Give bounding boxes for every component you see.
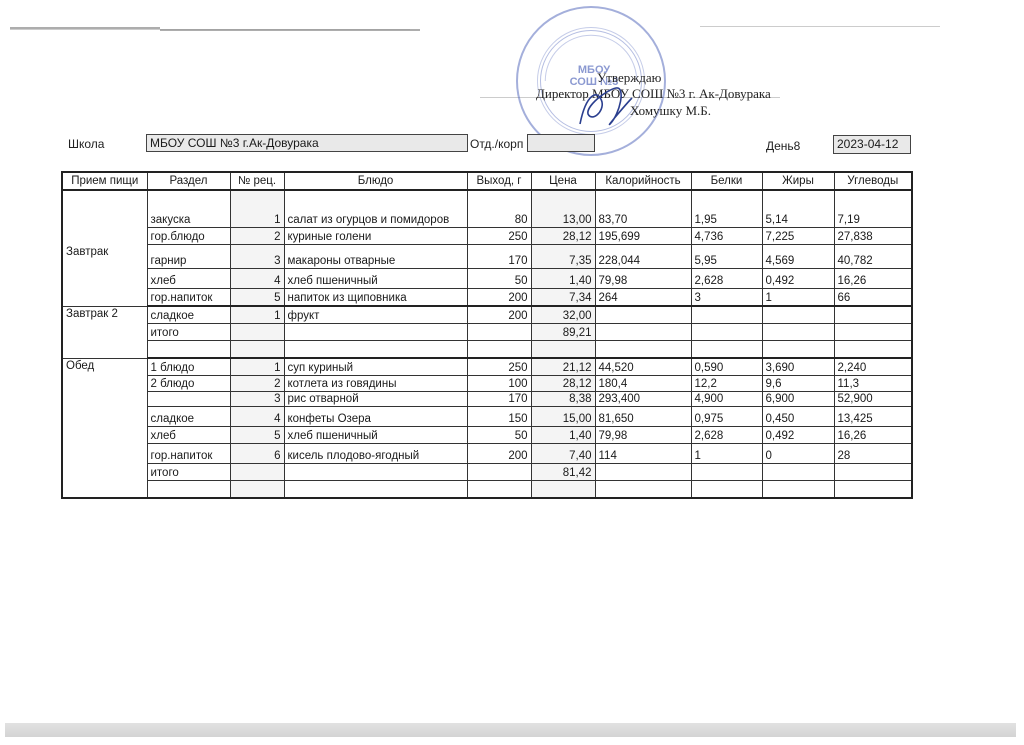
yield-cell xyxy=(467,480,531,498)
section-cell: гарнир xyxy=(147,244,230,268)
table-row: сладкое4 конфеты Озера15015,0081,6500,97… xyxy=(62,406,912,426)
protein-cell: 2,628 xyxy=(691,268,762,288)
carbs-cell: 28 xyxy=(834,443,912,463)
carbs-cell: 7,19 xyxy=(834,190,912,227)
scan-edge xyxy=(5,723,1016,737)
yield-cell: 200 xyxy=(467,288,531,306)
table-row: гор.блюдо2куриные голени25028,12195,6994… xyxy=(62,227,912,244)
protein-cell: 12,2 xyxy=(691,375,762,391)
dish-cell: суп куриный xyxy=(284,358,467,375)
price-cell: 81,42 xyxy=(531,463,595,480)
yield-cell xyxy=(467,463,531,480)
dish-cell: кисель плодово-ягодный xyxy=(284,443,467,463)
fat-cell: 0,492 xyxy=(762,268,834,288)
dish-cell xyxy=(284,323,467,340)
school-label: Школа xyxy=(68,137,104,151)
recipe-cell: 1 xyxy=(230,306,284,323)
date-field[interactable]: 2023-04-12 xyxy=(833,135,911,154)
dish-cell: котлета из говядины xyxy=(284,375,467,391)
carbs-cell: 16,26 xyxy=(834,268,912,288)
protein-cell: 0,975 xyxy=(691,406,762,426)
table-header-row: Прием пищиРаздел№ рец.БлюдоВыход, гЦенаК… xyxy=(62,172,912,190)
scan-line xyxy=(700,26,940,27)
kcal-cell: 180,4 xyxy=(595,375,691,391)
table-row: гарнир3макароны отварные1707,35228,0445,… xyxy=(62,244,912,268)
carbs-cell: 52,900 xyxy=(834,391,912,406)
yield-cell: 200 xyxy=(467,443,531,463)
dish-cell: хлеб пшеничный xyxy=(284,268,467,288)
fat-cell xyxy=(762,323,834,340)
fat-cell: 7,225 xyxy=(762,227,834,244)
col-price-header: Цена xyxy=(531,172,595,190)
recipe-cell: 4 xyxy=(230,268,284,288)
protein-cell xyxy=(691,306,762,323)
col-recipe-header: № рец. xyxy=(230,172,284,190)
section-cell: итого xyxy=(147,323,230,340)
recipe-cell: 5 xyxy=(230,288,284,306)
dish-cell xyxy=(284,480,467,498)
yield-cell: 250 xyxy=(467,358,531,375)
carbs-cell: 11,3 xyxy=(834,375,912,391)
yield-cell xyxy=(467,323,531,340)
yield-cell: 50 xyxy=(467,426,531,443)
carbs-cell xyxy=(834,306,912,323)
fat-cell: 0 xyxy=(762,443,834,463)
dish-cell: фрукт xyxy=(284,306,467,323)
dish-cell xyxy=(284,340,467,358)
section-cell: итого xyxy=(147,463,230,480)
section-cell: закуска xyxy=(147,190,230,227)
recipe-cell xyxy=(230,340,284,358)
section-cell: 1 блюдо xyxy=(147,358,230,375)
yield-cell: 80 xyxy=(467,190,531,227)
day-label: День8 xyxy=(766,139,800,153)
table-row: гор.напиток5напиток из щиповника2007,342… xyxy=(62,288,912,306)
price-cell: 8,38 xyxy=(531,391,595,406)
col-meal-header: Прием пищи xyxy=(62,172,147,190)
yield-cell: 170 xyxy=(467,244,531,268)
kcal-cell xyxy=(595,306,691,323)
yield-cell xyxy=(467,340,531,358)
recipe-cell xyxy=(230,323,284,340)
kcal-cell: 264 xyxy=(595,288,691,306)
menu-table: Прием пищиРаздел№ рец.БлюдоВыход, гЦенаК… xyxy=(61,171,913,499)
kcal-cell: 79,98 xyxy=(595,268,691,288)
price-cell: 13,00 xyxy=(531,190,595,227)
price-cell xyxy=(531,340,595,358)
approval-name: Хомушку М.Б. xyxy=(630,103,711,119)
carbs-cell xyxy=(834,340,912,358)
protein-cell xyxy=(691,340,762,358)
price-cell: 1,40 xyxy=(531,268,595,288)
col-carbs-header: Углеводы xyxy=(834,172,912,190)
price-cell: 28,12 xyxy=(531,375,595,391)
price-cell: 15,00 xyxy=(531,406,595,426)
section-cell xyxy=(147,340,230,358)
table-row: хлеб5хлеб пшеничный501,4079,982,6280,492… xyxy=(62,426,912,443)
recipe-cell: 6 xyxy=(230,443,284,463)
fat-cell: 4,569 xyxy=(762,244,834,268)
carbs-cell: 66 xyxy=(834,288,912,306)
recipe-cell: 5 xyxy=(230,426,284,443)
section-cell: гор.напиток xyxy=(147,288,230,306)
meal-cell: Обед xyxy=(62,358,147,498)
col-kcal-header: Калорийность xyxy=(595,172,691,190)
section-cell: сладкое xyxy=(147,306,230,323)
recipe-cell: 2 xyxy=(230,375,284,391)
kcal-cell xyxy=(595,340,691,358)
recipe-cell xyxy=(230,463,284,480)
carbs-cell xyxy=(834,480,912,498)
protein-cell: 3 xyxy=(691,288,762,306)
meal-cell: Завтрак 2 xyxy=(62,306,147,358)
kcal-cell xyxy=(595,463,691,480)
carbs-cell: 16,26 xyxy=(834,426,912,443)
price-cell: 28,12 xyxy=(531,227,595,244)
table-row xyxy=(62,480,912,498)
col-yield-header: Выход, г xyxy=(467,172,531,190)
table-row: гор.напиток6кисель плодово-ягодный2007,4… xyxy=(62,443,912,463)
kcal-cell: 228,044 xyxy=(595,244,691,268)
fat-cell: 0,450 xyxy=(762,406,834,426)
section-cell: гор.блюдо xyxy=(147,227,230,244)
fat-cell xyxy=(762,306,834,323)
dept-field[interactable] xyxy=(527,134,595,152)
kcal-cell: 195,699 xyxy=(595,227,691,244)
carbs-cell: 2,240 xyxy=(834,358,912,375)
kcal-cell: 83,70 xyxy=(595,190,691,227)
table-row: 3рис отварной1708,38293,4004,9006,90052,… xyxy=(62,391,912,406)
section-cell: гор.напиток xyxy=(147,443,230,463)
protein-cell xyxy=(691,480,762,498)
protein-cell: 4,900 xyxy=(691,391,762,406)
yield-cell: 50 xyxy=(467,268,531,288)
fat-cell xyxy=(762,340,834,358)
price-cell: 7,35 xyxy=(531,244,595,268)
yield-cell: 100 xyxy=(467,375,531,391)
table-row: хлеб4хлеб пшеничный501,4079,982,6280,492… xyxy=(62,268,912,288)
fat-cell: 1 xyxy=(762,288,834,306)
table-row: итого81,42 xyxy=(62,463,912,480)
dish-cell xyxy=(284,463,467,480)
protein-cell: 0,590 xyxy=(691,358,762,375)
table-row xyxy=(62,340,912,358)
fat-cell: 9,6 xyxy=(762,375,834,391)
price-cell: 1,40 xyxy=(531,426,595,443)
section-cell: сладкое xyxy=(147,406,230,426)
recipe-cell: 1 xyxy=(230,190,284,227)
col-fat-header: Жиры xyxy=(762,172,834,190)
dish-cell: макароны отварные xyxy=(284,244,467,268)
recipe-cell: 1 xyxy=(230,358,284,375)
carbs-cell xyxy=(834,323,912,340)
fat-cell: 0,492 xyxy=(762,426,834,443)
recipe-cell: 4 xyxy=(230,406,284,426)
price-cell: 89,21 xyxy=(531,323,595,340)
carbs-cell: 13,425 xyxy=(834,406,912,426)
col-dish-header: Блюдо xyxy=(284,172,467,190)
price-cell: 7,34 xyxy=(531,288,595,306)
recipe-cell: 3 xyxy=(230,391,284,406)
meal-cell: Завтрак xyxy=(62,190,147,306)
dish-cell: конфеты Озера xyxy=(284,406,467,426)
section-cell: 2 блюдо xyxy=(147,375,230,391)
fat-cell xyxy=(762,463,834,480)
approval-position: Директор МБОУ СОШ №3 г. Ак-Довурака xyxy=(536,86,771,102)
yield-cell: 170 xyxy=(467,391,531,406)
fat-cell: 6,900 xyxy=(762,391,834,406)
table-row: Завтракзакуска1салат из огурцов и помидо… xyxy=(62,190,912,227)
price-cell: 7,40 xyxy=(531,443,595,463)
dish-cell: рис отварной xyxy=(284,391,467,406)
protein-cell xyxy=(691,323,762,340)
section-cell xyxy=(147,391,230,406)
section-cell: хлеб xyxy=(147,426,230,443)
recipe-cell xyxy=(230,480,284,498)
protein-cell: 4,736 xyxy=(691,227,762,244)
school-field[interactable]: МБОУ СОШ №3 г.Ак-Довурака xyxy=(146,134,468,152)
dept-label: Отд./корп xyxy=(470,137,523,151)
section-cell: хлеб xyxy=(147,268,230,288)
col-protein-header: Белки xyxy=(691,172,762,190)
signature-icon xyxy=(576,84,636,128)
scan-line xyxy=(10,29,410,30)
kcal-cell: 44,520 xyxy=(595,358,691,375)
fat-cell: 3,690 xyxy=(762,358,834,375)
recipe-cell: 3 xyxy=(230,244,284,268)
table-row: 2 блюдо2котлета из говядины10028,12180,4… xyxy=(62,375,912,391)
protein-cell: 1,95 xyxy=(691,190,762,227)
carbs-cell: 40,782 xyxy=(834,244,912,268)
table-row: Обед1 блюдо1суп куриный25021,1244,5200,5… xyxy=(62,358,912,375)
kcal-cell: 293,400 xyxy=(595,391,691,406)
section-cell xyxy=(147,480,230,498)
protein-cell: 2,628 xyxy=(691,426,762,443)
kcal-cell xyxy=(595,323,691,340)
fat-cell: 5,14 xyxy=(762,190,834,227)
table-row: Завтрак 2сладкое1фрукт20032,00 xyxy=(62,306,912,323)
dish-cell: салат из огурцов и помидоров xyxy=(284,190,467,227)
kcal-cell: 81,650 xyxy=(595,406,691,426)
dish-cell: напиток из щиповника xyxy=(284,288,467,306)
carbs-cell: 27,838 xyxy=(834,227,912,244)
price-cell: 32,00 xyxy=(531,306,595,323)
table-row: итого89,21 xyxy=(62,323,912,340)
protein-cell xyxy=(691,463,762,480)
protein-cell: 5,95 xyxy=(691,244,762,268)
dish-cell: куриные голени xyxy=(284,227,467,244)
protein-cell: 1 xyxy=(691,443,762,463)
yield-cell: 200 xyxy=(467,306,531,323)
dish-cell: хлеб пшеничный xyxy=(284,426,467,443)
kcal-cell xyxy=(595,480,691,498)
yield-cell: 150 xyxy=(467,406,531,426)
table-body: Завтракзакуска1салат из огурцов и помидо… xyxy=(62,190,912,498)
recipe-cell: 2 xyxy=(230,227,284,244)
carbs-cell xyxy=(834,463,912,480)
fat-cell xyxy=(762,480,834,498)
price-cell xyxy=(531,480,595,498)
price-cell: 21,12 xyxy=(531,358,595,375)
kcal-cell: 79,98 xyxy=(595,426,691,443)
col-section-header: Раздел xyxy=(147,172,230,190)
kcal-cell: 114 xyxy=(595,443,691,463)
yield-cell: 250 xyxy=(467,227,531,244)
